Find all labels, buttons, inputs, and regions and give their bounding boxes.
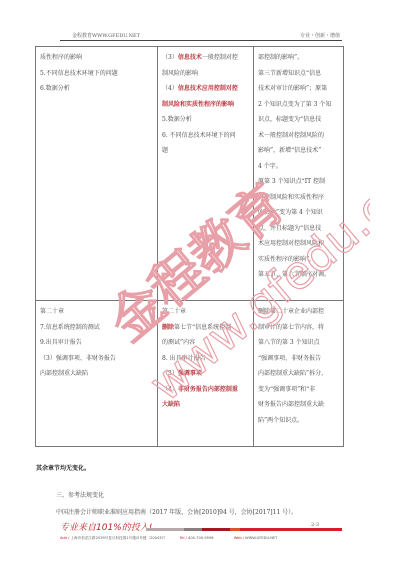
cell-explanation: 部控制的影响”。第三节新增知识点“信息技术对审计的影响”；原第2 个知识点变为了… [254,47,344,301]
cell-text: （3） [162,54,178,61]
cell-line: 5.不同信息技术环境下的问题 [40,66,154,82]
cell-line: 术应用控制对控制风险和 [258,236,340,252]
highlight-text: 制风险和实质性程序的影响 [162,101,234,108]
cell-line: 实质性程序的影响”。 [258,252,340,268]
cell-explanation: 删除第二十章企业内部控制审计的第七节内容，将第八节的第 3 个知识点“强调事项、… [254,301,344,447]
cell-line: 删除第二十章企业内部控 [258,304,340,320]
cell-line: 的影响”变为第 4 个知识 [258,205,340,221]
cell-line: 对控制风险和实质性程序 [258,190,340,206]
cell-original: 质性程序的影响5.不同信息技术环境下的问题6.数据分析 [36,47,158,301]
cell-text: 一般控制对控 [202,54,238,61]
cell-line: 5.数据分析 [162,112,250,128]
cell-line: 部控制的影响”。 [258,50,340,66]
cell-text: 5.数据分析 [162,116,192,123]
cell-line: （4）非财务报告内部控制重 [162,382,250,398]
cell-line: 财务报告内部控制重大缺 [258,397,340,413]
cell-line: 第二十章 [162,304,250,320]
cell-line: 第二十章 [40,304,154,320]
header-motto: 专业・创新・增值 [300,32,340,39]
footer-bar-4 [230,528,240,531]
cell-line: “强调事项、非财务报告 [258,351,340,367]
cell-line: 删除第七节“信息系统控制 [162,320,250,336]
footer-bar-3 [202,528,230,531]
cell-line: 制风险的影响 [162,66,250,82]
comparison-table: 质性程序的影响5.不同信息技术环境下的问题6.数据分析（3）信息技术一般控制对控… [35,46,344,447]
footer-bar-2 [184,528,202,531]
rest-unchanged-note: 其余章节均无变化。 [36,463,90,472]
cell-line: 识点，标题变为“信息技 [258,112,340,128]
cell-text: 8. 出具审计报告 [162,355,206,362]
table-row: 质性程序的影响5.不同信息技术环境下的问题6.数据分析（3）信息技术一般控制对控… [36,47,344,301]
reference-text: 中国注册会计师职业准则应用指南（2017 年版，会协[2010]94 号，会协[… [56,507,297,516]
cell-line: 内部控制重大缺陷 [40,366,154,382]
cell-line: 点，并且标题为“信息技 [258,221,340,237]
cell-revised: （3）信息技术一般控制对控制风险的影响（4）信息技术应用控制对控制风险和实质性程… [158,47,254,301]
cell-line: 4 个字。 [258,159,340,175]
address: 上海市松花江路2539号复旦科技园1号楼/2号楼（200437） [70,536,167,540]
web-label: Web / [234,536,244,540]
cell-line: 原第 3 个知识点“IT 控制 [258,174,340,190]
cell-text: 第七节“信息系统控制 [174,324,231,331]
tel-label: Tel / [180,536,187,540]
cell-line: 7.信息系统控制的测试 [40,320,154,336]
cell-original: 第二十章7.信息系统控制的测试9.出具审计报告（3）强调事项、非财务报告内部控制… [36,301,158,447]
highlight-text: 大缺陷 [162,401,180,408]
cell-text: 第二十章 [162,308,186,315]
highlight-text: 非财务报告内部控制重 [178,386,238,393]
cell-revised: 第二十章删除第七节“信息系统控制的测试”内容8. 出具审计报告（3）强调事项（4… [158,301,254,447]
highlight-text: 强调事项 [178,370,202,377]
footer-bar-1 [146,528,184,531]
cell-text: （3） [162,370,178,377]
tel: 400-700-9596 [188,536,213,540]
cell-line: 2 个知识点变为了第 3 个知 [258,97,340,113]
cell-line: 9.出具审计报告 [40,335,154,351]
cell-line: 8. 出具审计报告 [162,351,250,367]
web-link[interactable]: WWW.GFEDU.NET [245,536,277,540]
cell-text: 6. 不同信息技术环境下的问 [162,132,236,139]
cell-line: 制风险和实质性程序的影响 [162,97,250,113]
table-row: 第二十章7.信息系统控制的测试9.出具审计报告（3）强调事项、非财务报告内部控制… [36,301,344,447]
footer-contact: Add / 上海市松花江路2539号复旦科技园1号楼/2号楼（200437） T… [60,536,342,541]
highlight-text: 信息技术应用控制对控 [178,85,238,92]
cell-line: 制审计的第七节内容，将 [258,320,340,336]
cell-text: 题 [162,147,168,154]
footer-bar-5 [240,528,342,531]
cell-text: （4） [162,386,178,393]
cell-line: 的测试”内容 [162,335,250,351]
cell-line: 大缺陷 [162,397,250,413]
cell-line: 术一般控制对控制风险的 [258,128,340,144]
cell-line: （4）信息技术应用控制对控 [162,81,250,97]
cell-line: 6. 不同信息技术环境下的问 [162,128,250,144]
cell-line: 第三节新增知识点“信息 [258,66,340,82]
cell-text: （4） [162,85,178,92]
cell-line: 质性程序的影响 [40,50,154,66]
cell-text: 制风险的影响 [162,70,198,77]
header-site: 金程教育WWW.GFEDU.NET [72,32,140,39]
highlight-text: 删除 [162,324,174,331]
highlight-text: 信息技术 [178,54,202,61]
footer-slogan: 专业来自101%的投入! [60,520,152,533]
cell-line: 陷”两个知识点。 [258,413,340,429]
page-footer: 专业来自101%的投入! Add / 上海市松花江路2539号复旦科技园1号楼/… [60,520,342,542]
cell-line: 变为“强调事项”和“非 [258,382,340,398]
cell-line: 影响”，新增“信息技术” [258,143,340,159]
cell-line: （3）强调事项、非财务报告 [40,351,154,367]
address-label: Add / [60,536,69,540]
cell-line: 题 [162,143,250,159]
cell-line: 6.数据分析 [40,81,154,97]
cell-line: 第八节的第 3 个知识点 [258,335,340,351]
cell-line: 内部控制重大缺陷”拆分， [258,366,340,382]
page-header: 金程教育WWW.GFEDU.NET 专业・创新・增值 [60,30,342,41]
cell-line: （3）强调事项 [162,366,250,382]
cell-line: 第五节、第六节顺序对调。 [258,267,340,283]
cell-text: 的测试”内容 [162,339,195,346]
cell-line: （3）信息技术一般控制对控 [162,50,250,66]
section-heading: 三、参考法规变化 [56,490,104,499]
cell-line: 技术对审计的影响”；原第 [258,81,340,97]
